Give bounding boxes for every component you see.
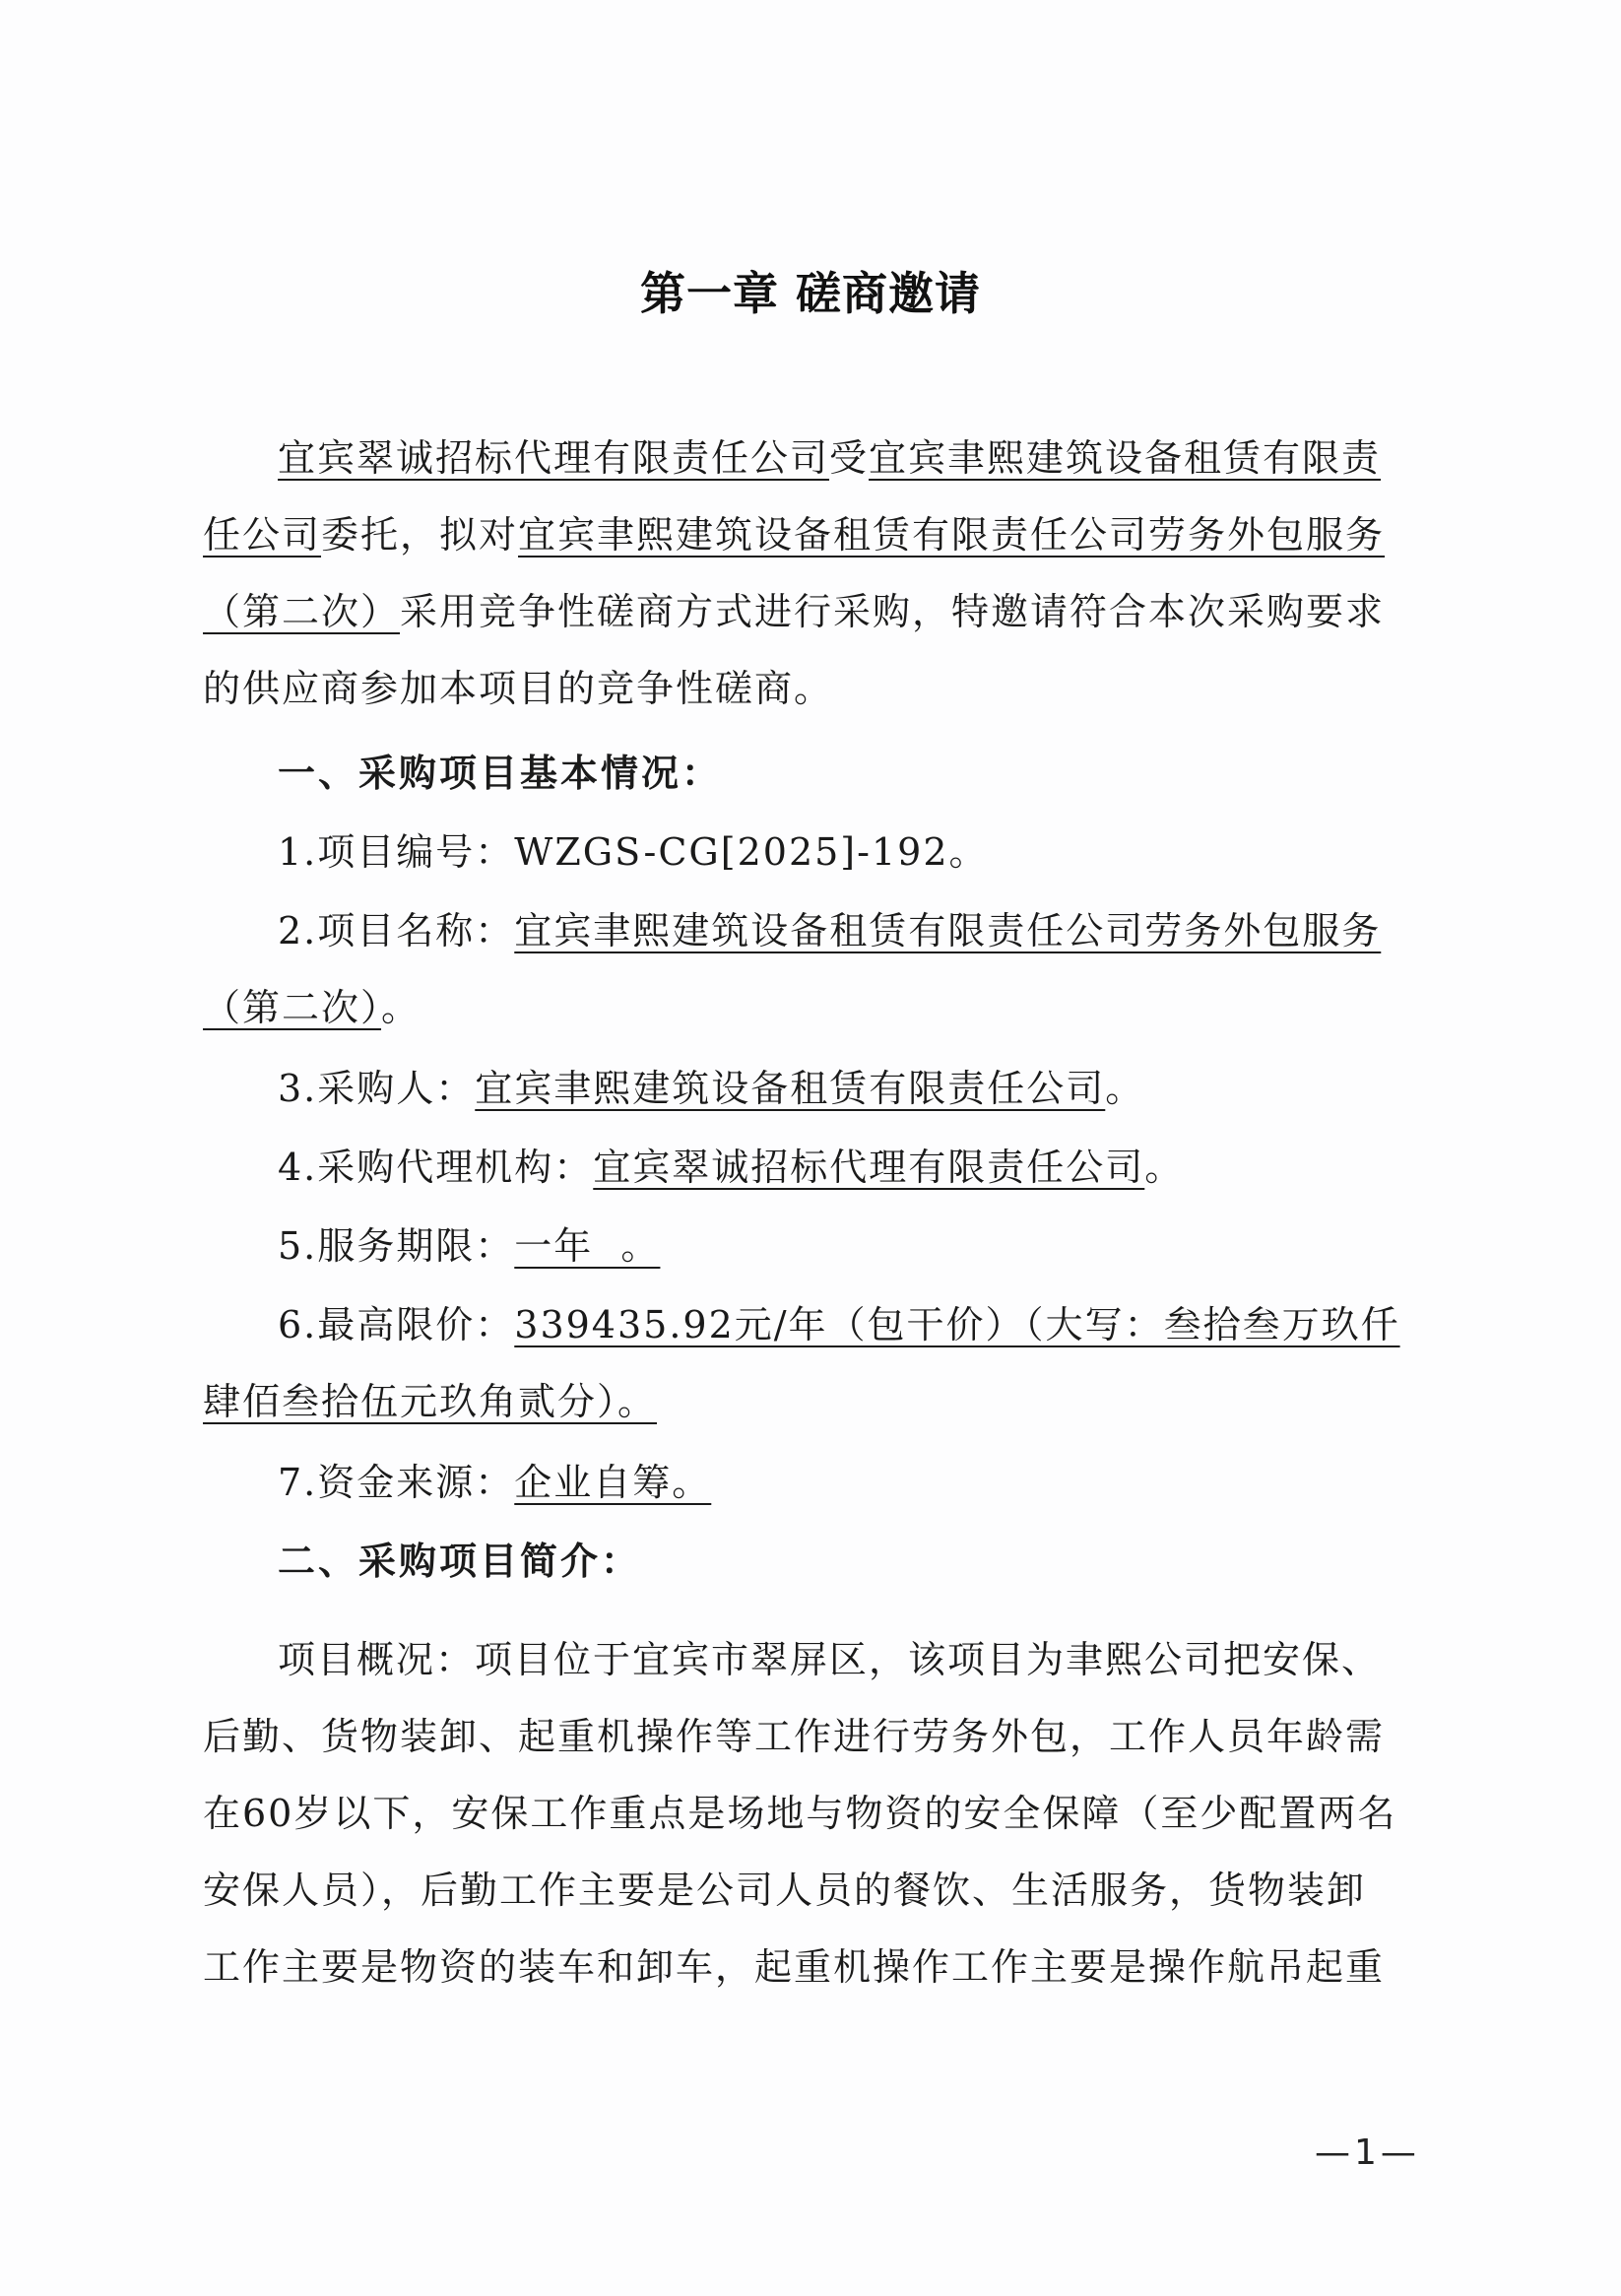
item-label: 4.采购代理机构： [278,1146,593,1189]
item-value: WZGS-CG[2025]-192。 [514,830,988,874]
item-value: 宜宾聿熙建筑设备租赁有限责任公司劳务外包服务 [514,909,1381,952]
client-name-part-a: 宜宾聿熙建筑设备租赁有限责 [869,436,1381,480]
project-name-part-a: 宜宾聿熙建筑设备租赁有限责任公司劳务外包服务 [518,513,1385,557]
item-value: 339435.92元/年（包干价）（大写：叁拾叁万玖仟 [514,1303,1399,1346]
agent-name: 宜宾翠诚招标代理有限责任公司 [278,436,829,480]
intro-text: 委托，拟对 [321,513,518,557]
item-value-cont: 肆佰叁拾伍元玖角贰分）。 [203,1380,657,1423]
intro-line-3: （第二次）采用竞争性磋商方式进行采购，特邀请符合本次采购要求 [203,587,1385,636]
item-purchaser: 3.采购人：宜宾聿熙建筑设备租赁有限责任公司。 [278,1064,1144,1113]
item-value: 企业自筹。 [514,1461,711,1504]
overview-line-5: 工作主要是物资的装车和卸车，起重机操作工作主要是操作航吊起重 [203,1942,1385,1992]
item-value: 一年 。 [514,1224,660,1268]
item-label: 7.资金来源： [278,1461,514,1504]
intro-line-2: 任公司委托，拟对宜宾聿熙建筑设备租赁有限责任公司劳务外包服务 [203,510,1385,559]
intro-text: 采用竞争性磋商方式进行采购，特邀请符合本次采购要求 [400,590,1385,633]
client-name-part-b: 任公司 [203,513,321,557]
item-label: 2.项目名称： [278,909,514,952]
section-1-heading: 一、采购项目基本情况： [278,749,722,798]
item-fund-source: 7.资金来源：企业自筹。 [278,1458,711,1507]
intro-line-1: 宜宾翠诚招标代理有限责任公司受宜宾聿熙建筑设备租赁有限责 [278,433,1381,483]
overview-line-3: 在60岁以下，安保工作重点是场地与物资的安全保障（至少配置两名 [203,1789,1396,1838]
item-suffix: 。 [381,986,421,1029]
project-name-part-b: （第二次） [203,590,400,633]
item-max-price-cont: 肆佰叁拾伍元玖角贰分）。 [203,1377,657,1426]
overview-line-1: 项目概况：项目位于宜宾市翠屏区，该项目为聿熙公司把安保、 [278,1635,1381,1684]
item-label: 3.采购人： [278,1067,475,1110]
item-suffix: 。 [1144,1146,1184,1189]
item-label: 6.最高限价： [278,1303,514,1346]
item-project-name: 2.项目名称：宜宾聿熙建筑设备租赁有限责任公司劳务外包服务 [278,906,1381,955]
item-agency: 4.采购代理机构：宜宾翠诚招标代理有限责任公司。 [278,1143,1184,1192]
item-suffix: 。 [1105,1067,1144,1110]
overview-line-2: 后勤、货物装卸、起重机操作等工作进行劳务外包，工作人员年龄需 [203,1712,1385,1761]
intro-text: 受 [829,436,869,480]
item-label: 1.项目编号： [278,830,514,874]
section-2-heading: 二、采购项目简介： [278,1537,641,1586]
intro-line-4: 的供应商参加本项目的竞争性磋商。 [203,664,833,713]
item-max-price: 6.最高限价：339435.92元/年（包干价）（大写：叁拾叁万玖仟 [278,1300,1400,1349]
item-label: 5.服务期限： [278,1224,514,1268]
item-service-period: 5.服务期限：一年 。 [278,1221,660,1271]
item-project-number: 1.项目编号：WZGS-CG[2025]-192。 [278,827,989,877]
item-value: 宜宾翠诚招标代理有限责任公司 [593,1146,1144,1189]
document-page: 第一章 磋商邀请 宜宾翠诚招标代理有限责任公司受宜宾聿熙建筑设备租赁有限责 任公… [0,0,1621,2296]
page-number: —1— [1315,2132,1420,2173]
item-value: 宜宾聿熙建筑设备租赁有限责任公司 [475,1067,1105,1110]
item-value-cont: （第二次） [203,986,381,1029]
chapter-title: 第一章 磋商邀请 [0,258,1621,323]
overview-line-4: 安保人员），后勤工作主要是公司人员的餐饮、生活服务，货物装卸 [203,1866,1366,1915]
item-project-name-cont: （第二次）。 [203,983,421,1032]
